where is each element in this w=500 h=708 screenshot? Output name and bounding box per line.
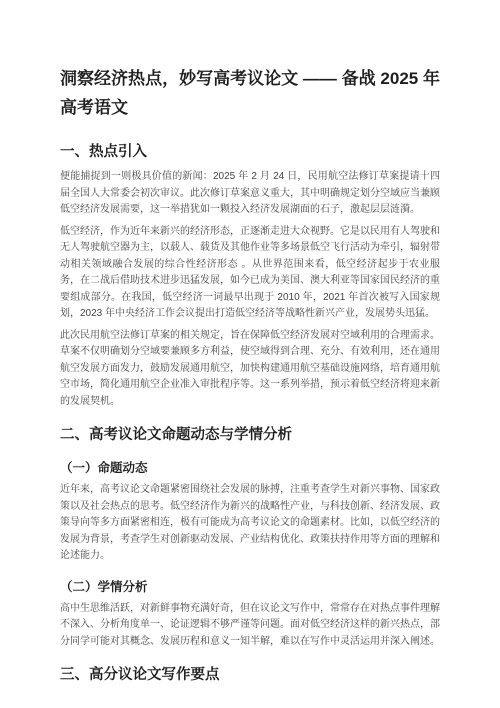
section-1-paragraph-3: 此次民用航空法修订草案的相关规定，旨在保障低空经济发展对空域利用的合理需求。草案… (60, 328, 440, 411)
subsection-2-1-paragraph-1: 近年来，高考议论文命题紧密围绕社会发展的脉搏，注重考查学生对新兴事物、国家政策以… (60, 482, 440, 565)
section-1-heading: 一、热点引入 (60, 142, 440, 163)
subsection-2-2-paragraph-1: 高中生思维活跃，对新鲜事物充满好奇，但在议论文写作中，常常存在对热点事件理解不深… (60, 601, 440, 651)
subsection-2-2-heading: （二）学情分析 (60, 578, 440, 596)
section-exam-trends-analysis: 二、高考议论文命题动态与学情分析 （一）命题动态 近年来，高考议论文命题紧密围绕… (60, 425, 440, 650)
section-hot-topic-intro: 一、热点引入 便能捕捉到一则极具价值的新闻：2025 年 2 月 24 日，民用… (60, 142, 440, 410)
section-3-heading: 三、高分议论文写作要点 (60, 665, 440, 686)
section-1-paragraph-2: 低空经济，作为近年来新兴的经济形态，正逐渐走进大众视野。它是以民用有人驾驶和无人… (60, 224, 440, 323)
section-2-heading: 二、高考议论文命题动态与学情分析 (60, 425, 440, 446)
subsection-2-1-heading: （一）命题动态 (60, 459, 440, 477)
document-title: 洞察经济热点，妙写高考议论文 —— 备战 2025 年高考语文 (60, 64, 440, 122)
section-1-paragraph-1: 便能捕捉到一则极具价值的新闻：2025 年 2 月 24 日，民用航空法修订草案… (60, 169, 440, 219)
document-page: 洞察经济热点，妙写高考议论文 —— 备战 2025 年高考语文 一、热点引入 便… (0, 0, 500, 708)
section-writing-key-points: 三、高分议论文写作要点 (60, 665, 440, 686)
